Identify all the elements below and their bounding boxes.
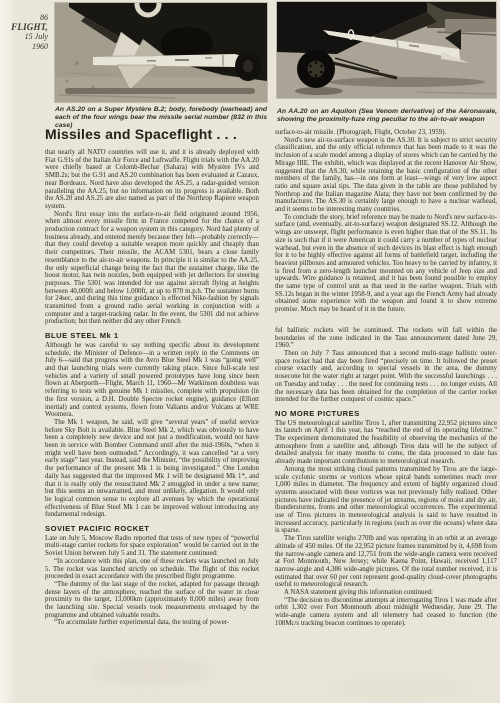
- paragraph: Among the most striking cloud patterns t…: [275, 466, 497, 535]
- paragraph: that nearly all NATO countries will use …: [45, 149, 259, 211]
- photo-as20-super-mystere: [55, 3, 267, 102]
- paragraph: Nord's first essay into the surface-to-a…: [45, 211, 259, 327]
- photo-aa20-aquilon: [277, 2, 496, 98]
- paragraph: The Mk 1 weapon, he said, will give “sev…: [45, 419, 259, 519]
- paragraph: “The dummy of the last stage of the rock…: [45, 581, 259, 620]
- issue-date-month: 15 July: [6, 32, 48, 42]
- paragraph: Then on July 7 Tass announced that a sec…: [275, 350, 497, 404]
- article-heading: Missiles and Spaceflight . . .: [45, 126, 237, 142]
- paragraph: surface-to-air missile. (Photograph, Fli…: [275, 129, 497, 137]
- photo-as20-illustration: [55, 3, 267, 102]
- section-heading-soviet-pacific-rocket: SOVIET PACIFIC ROCKET: [45, 525, 259, 533]
- paragraph: The US meteorological satellite Tiros 1,…: [275, 420, 497, 466]
- paragraph: Late on July 5, Moscow Radio reported th…: [45, 535, 259, 558]
- paragraph: A NASA statement giving this information…: [275, 589, 497, 597]
- caption-right-photo: An AA.20 on an Aquilon (Sea Venom deriva…: [277, 108, 497, 124]
- left-column: that nearly all NATO countries will use …: [45, 149, 259, 627]
- paragraph: “In accordance with this plan, one of th…: [45, 558, 259, 581]
- magazine-title: FLIGHT,: [6, 23, 48, 33]
- paragraph: “The decision to discontinue attempts at…: [275, 597, 497, 628]
- paper-stain: [330, 680, 470, 698]
- paragraph: Although he was careful to say nothing s…: [45, 342, 259, 419]
- right-column: surface-to-air missile. (Photograph, Fli…: [275, 129, 497, 628]
- column-gap: [275, 314, 497, 327]
- issue-date-year: 1960: [6, 42, 48, 52]
- magazine-page: 86 FLIGHT, 15 July 1960: [0, 0, 500, 703]
- section-heading-blue-steel: BLUE STEEL Mk 1: [45, 332, 259, 340]
- masthead: 86 FLIGHT, 15 July 1960: [6, 13, 48, 51]
- paper-stain: [90, 660, 210, 684]
- paragraph: The Tiros satellite weighs 270lb and was…: [275, 535, 497, 589]
- landing-gear-wheel: [235, 51, 261, 81]
- section-heading-no-more-pictures: NO MORE PICTURES: [275, 410, 497, 418]
- paragraph: “To accumulate further experimental data…: [45, 619, 259, 627]
- photo-aa20-illustration: [277, 2, 496, 98]
- paragraph: To conclude the story, brief reference m…: [275, 214, 497, 314]
- paragraph: ful ballistic rockets will be continued.…: [275, 327, 497, 350]
- paragraph: Nord's new air-to-surface weapon is the …: [275, 137, 497, 214]
